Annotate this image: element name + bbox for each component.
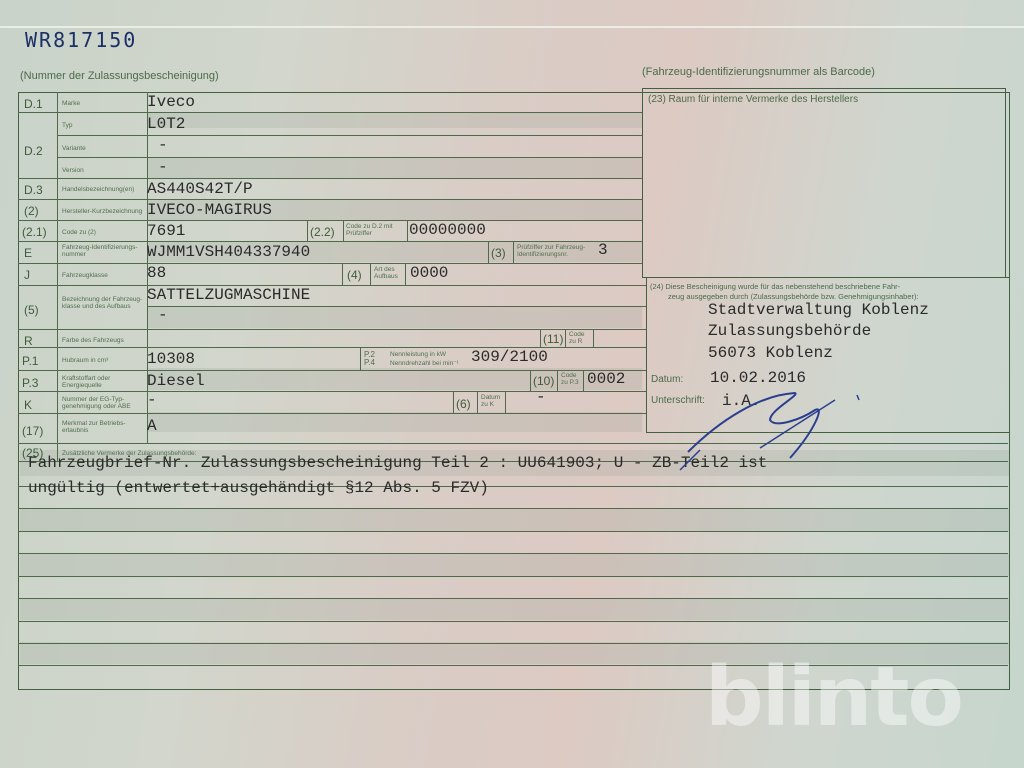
watermark-logo: blinto bbox=[705, 650, 962, 745]
